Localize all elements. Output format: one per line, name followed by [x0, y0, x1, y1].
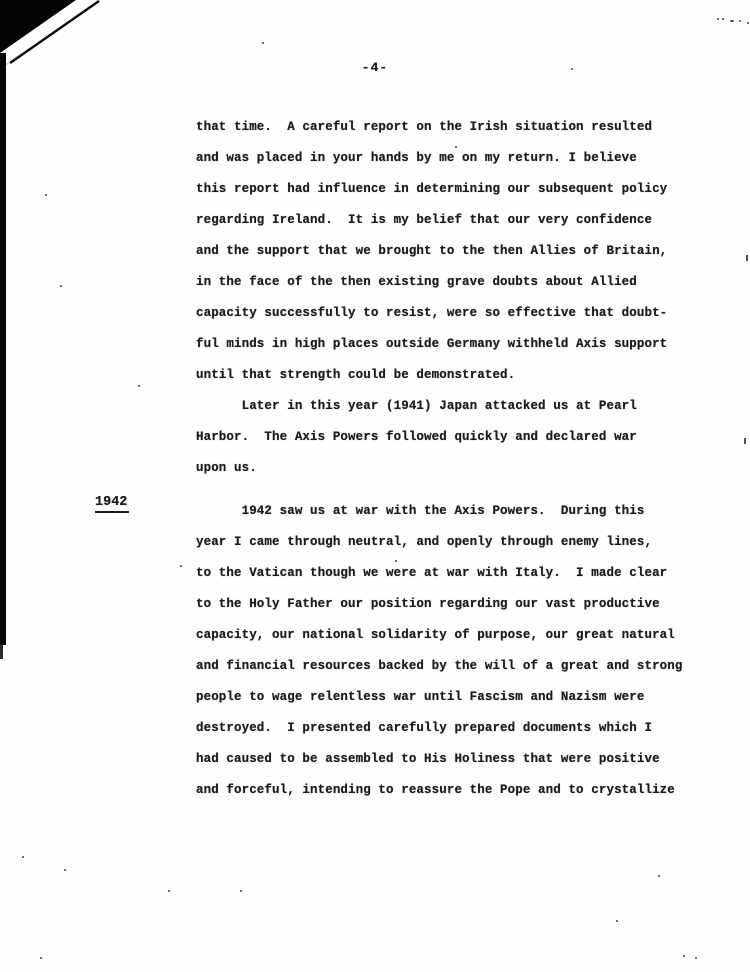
scan-edge-tick — [744, 438, 746, 444]
text-line: 1942 saw us at war with the Axis Powers.… — [196, 496, 696, 527]
scan-speckle — [45, 194, 47, 196]
text-line: to the Holy Father our position regardin… — [196, 589, 696, 620]
scan-speckle — [658, 875, 660, 877]
scan-speckle — [22, 856, 24, 858]
scan-speckle — [395, 560, 397, 562]
text-line: that time. A careful report on the Irish… — [196, 112, 696, 143]
scan-speckle — [64, 869, 66, 871]
scan-speckle — [616, 920, 618, 922]
scan-speckle — [60, 285, 62, 287]
text-line: ful minds in high places outside Germany… — [196, 329, 696, 360]
paragraph-3: 1942 saw us at war with the Axis Powers.… — [196, 496, 696, 806]
text-line: Harbor. The Axis Powers followed quickly… — [196, 422, 696, 453]
text-line: this report had influence in determining… — [196, 174, 696, 205]
scanned-document-page: -4- 1942 that time. A careful report on … — [0, 0, 750, 972]
text-line: and forceful, intending to reassure the … — [196, 775, 696, 806]
scan-speckle — [722, 18, 724, 20]
scan-edge-artifact-tail — [0, 645, 3, 659]
scan-speckle — [739, 20, 741, 22]
scan-edge-artifact — [0, 53, 6, 645]
scan-speckle — [240, 890, 242, 892]
scan-speckle — [180, 565, 182, 567]
scan-speckle — [730, 20, 734, 22]
scan-speckle — [262, 42, 264, 44]
text-line: to the Vatican though we were at war wit… — [196, 558, 696, 589]
text-line: regarding Ireland. It is my belief that … — [196, 205, 696, 236]
text-line: year I came through neutral, and openly … — [196, 527, 696, 558]
text-line: in the face of the then existing grave d… — [196, 267, 696, 298]
margin-year-label: 1942 — [95, 495, 129, 513]
scan-speckle — [168, 890, 170, 892]
scan-speckle — [695, 957, 697, 959]
text-line: capacity successfully to resist, were so… — [196, 298, 696, 329]
text-line: until that strength could be demonstrate… — [196, 360, 696, 391]
document-body: that time. A careful report on the Irish… — [196, 112, 696, 806]
text-line: capacity, our national solidarity of pur… — [196, 620, 696, 651]
scan-speckle — [138, 385, 140, 387]
scan-speckle — [571, 68, 573, 70]
scan-speckle — [747, 22, 749, 24]
text-line: people to wage relentless war until Fasc… — [196, 682, 696, 713]
text-line: and the support that we brought to the t… — [196, 236, 696, 267]
scan-speckle — [683, 955, 685, 957]
scan-edge-tick — [746, 255, 748, 261]
scan-speckle — [455, 146, 457, 148]
text-line: Later in this year (1941) Japan attacked… — [196, 391, 696, 422]
text-line: destroyed. I presented carefully prepare… — [196, 713, 696, 744]
scan-speckle — [40, 957, 42, 959]
text-line: upon us. — [196, 453, 696, 484]
text-line: and was placed in your hands by me on my… — [196, 143, 696, 174]
paragraph-2: Later in this year (1941) Japan attacked… — [196, 391, 696, 484]
page-number: -4- — [0, 60, 750, 75]
text-line: and financial resources backed by the wi… — [196, 651, 696, 682]
paragraph-1: that time. A careful report on the Irish… — [196, 112, 696, 391]
scan-speckle — [717, 18, 719, 20]
text-line: had caused to be assembled to His Holine… — [196, 744, 696, 775]
